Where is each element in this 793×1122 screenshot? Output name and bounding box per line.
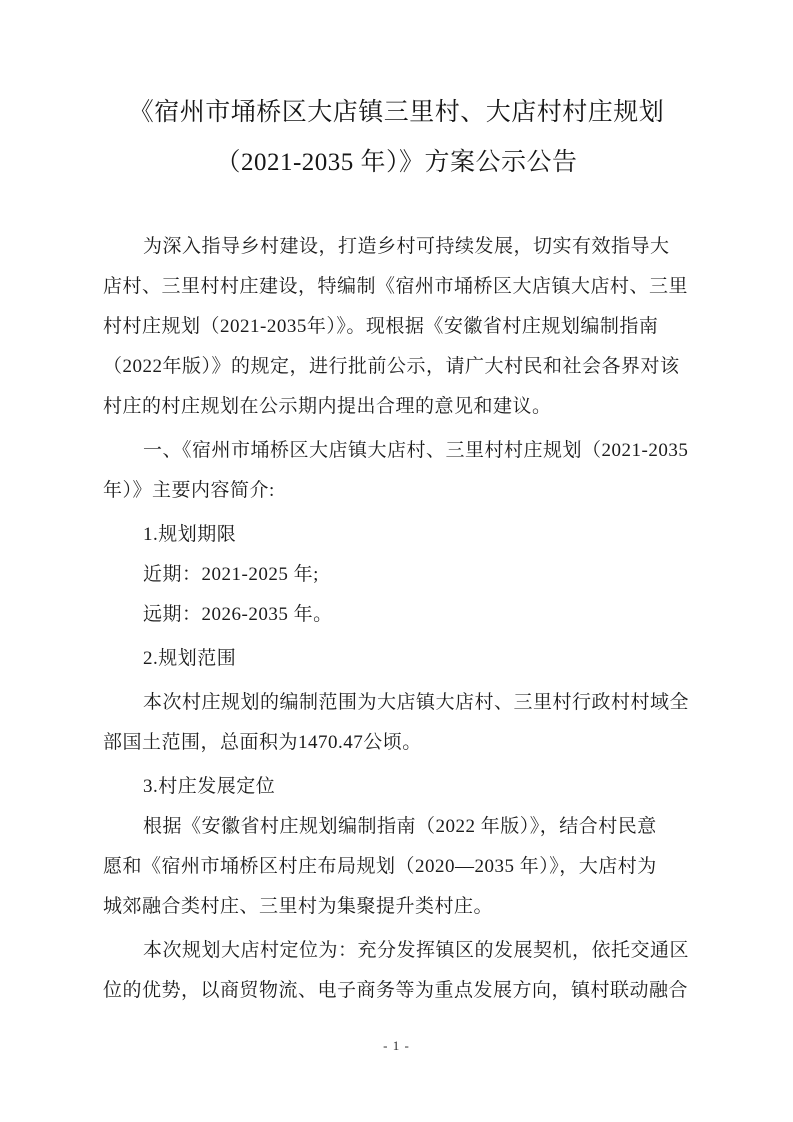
document-body: 为深入指导乡村建设，打造乡村可持续发展，切实有效指导大 店村、三里村村庄建设，特… — [0, 227, 793, 1011]
document-line: 本次规划大店村定位为：充分发挥镇区的发展契机，依托交通区 — [103, 931, 690, 971]
document-line: （2022年版）》的规定，进行批前公示，请广大村民和社会各界对该 — [103, 347, 690, 387]
document-line: 部国土范围，总面积为1470.47公顷。 — [103, 723, 690, 763]
document-line: 店村、三里村村庄建设，特编制《宿州市埇桥区大店镇大店村、三里 — [103, 267, 690, 307]
document-line: 本次村庄规划的编制范围为大店镇大店村、三里村行政村村域全 — [103, 683, 690, 723]
document-line: 位的优势，以商贸物流、电子商务等为重点发展方向，镇村联动融合 — [103, 971, 690, 1011]
document-line: 3.村庄发展定位 — [103, 767, 690, 807]
document-title-line-1: 《宿州市埇桥区大店镇三里村、大店村村庄规划 — [0, 88, 793, 138]
document-line: 远期：2026-2035 年。 — [103, 595, 690, 635]
document-line: 城郊融合类村庄、三里村为集聚提升类村庄。 — [103, 887, 690, 927]
document-line: 为深入指导乡村建设，打造乡村可持续发展，切实有效指导大 — [103, 227, 690, 267]
document-line: 村村庄规划（2021-2035年）》。现根据《安徽省村庄规划编制指南 — [103, 307, 690, 347]
document-page: 《宿州市埇桥区大店镇三里村、大店村村庄规划 （2021-2035 年）》方案公示… — [0, 0, 793, 1122]
document-line: 村庄的村庄规划在公示期内提出合理的意见和建议。 — [103, 387, 690, 427]
page-number: - 1 - — [0, 1038, 793, 1054]
document-line: 一、《宿州市埇桥区大店镇大店村、三里村村庄规划（2021-2035 — [103, 431, 690, 471]
document-line: 根据《安徽省村庄规划编制指南（2022 年版）》，结合村民意 — [103, 807, 690, 847]
document-line: 1.规划期限 — [103, 515, 690, 555]
document-line: 近期：2021-2025 年; — [103, 555, 690, 595]
document-line: 年）》主要内容简介: — [103, 471, 690, 511]
document-title: 《宿州市埇桥区大店镇三里村、大店村村庄规划 （2021-2035 年）》方案公示… — [0, 0, 793, 188]
document-line: 愿和《宿州市埇桥区村庄布局规划（2020—2035 年）》，大店村为 — [103, 847, 690, 887]
document-line: 2.规划范围 — [103, 639, 690, 679]
document-title-line-2: （2021-2035 年）》方案公示公告 — [0, 138, 793, 188]
